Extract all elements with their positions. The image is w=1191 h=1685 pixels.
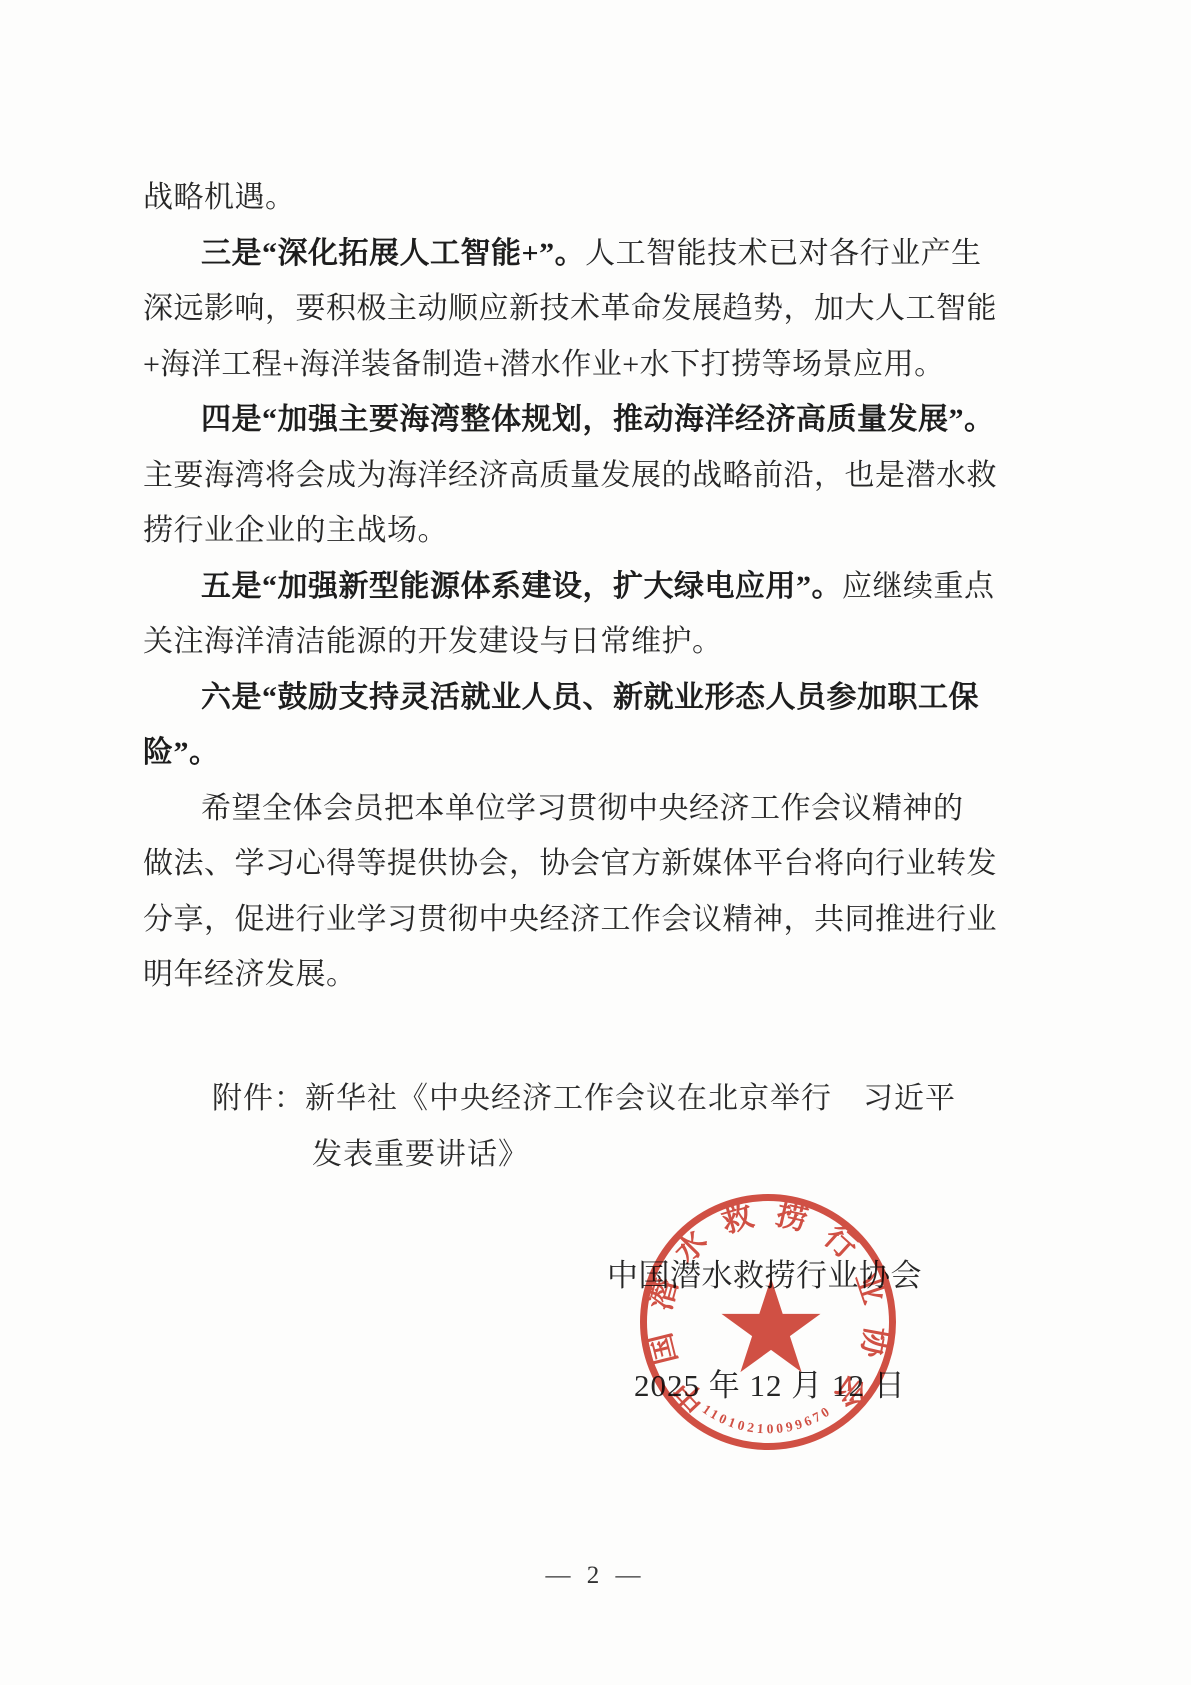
body-line: 捞行业企业的主战场。: [143, 503, 983, 559]
body-line: 做法、学习心得等提供协会，协会官方新媒体平台将向行业转发: [143, 836, 983, 892]
body-line: 四是“加强主要海湾整体规划，推动海洋经济高质量发展”。: [143, 392, 983, 448]
body-line: 深远影响，要积极主动顺应新技术革命发展趋势，加大人工智能: [143, 281, 983, 337]
official-seal: 中国潜水救捞行业协会 11010210099670: [628, 1182, 908, 1462]
attachment-line-1: 附件：新华社《中央经济工作会议在北京举行 习近平: [212, 1073, 956, 1117]
body-line: 五是“加强新型能源体系建设，扩大绿电应用”。应继续重点: [143, 559, 983, 615]
body-line: 主要海湾将会成为海洋经济高质量发展的战略前沿，也是潜水救: [143, 448, 983, 504]
body-line: 三是“深化拓展人工智能+”。人工智能技术已对各行业产生: [143, 226, 983, 282]
body-line: 六是“鼓励支持灵活就业人员、新就业形态人员参加职工保: [143, 670, 983, 726]
document-page: 战略机遇。 三是“深化拓展人工智能+”。人工智能技术已对各行业产生 深远影响，要…: [0, 0, 1191, 1685]
attachment-line-2: 发表重要讲话》: [312, 1129, 529, 1173]
body-line: 明年经济发展。: [143, 947, 983, 1003]
body-line: 希望全体会员把本单位学习贯彻中央经济工作会议精神的: [143, 781, 983, 837]
seal-serial-number: 11010210099670: [700, 1401, 833, 1436]
seal-star-icon: [722, 1278, 821, 1372]
body-line: 分享，促进行业学习贯彻中央经济工作会议精神，共同推进行业: [143, 892, 983, 948]
body-line: +海洋工程+海洋装备制造+潜水作业+水下打捞等场景应用。: [143, 337, 983, 393]
body-line: 战略机遇。: [143, 170, 983, 226]
body-line: 关注海洋清洁能源的开发建设与日常维护。: [143, 614, 983, 670]
body-line: 险”。: [143, 725, 983, 781]
body-text: 战略机遇。 三是“深化拓展人工智能+”。人工智能技术已对各行业产生 深远影响，要…: [143, 170, 983, 1003]
page-number: — 2 —: [546, 1562, 646, 1590]
